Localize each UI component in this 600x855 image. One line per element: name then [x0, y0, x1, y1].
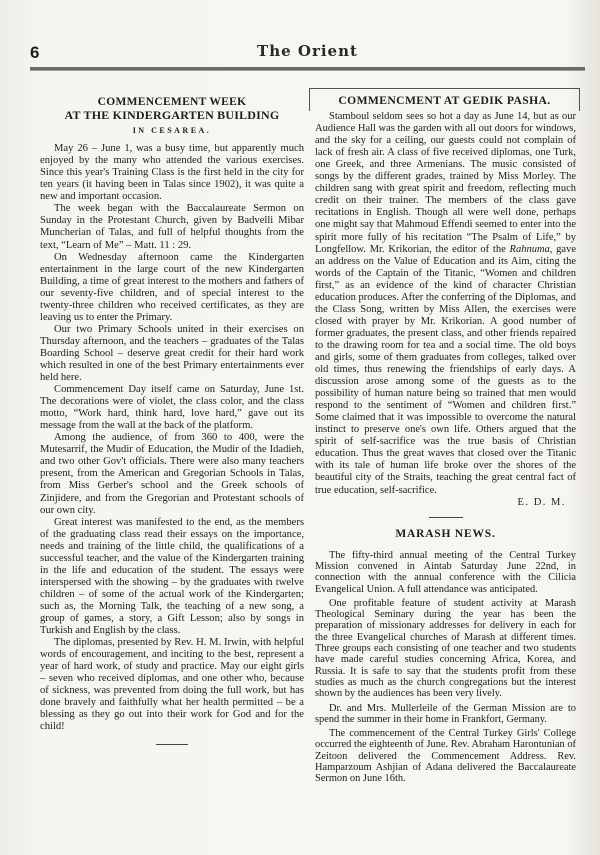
section-divider [429, 517, 463, 518]
masthead-title: The Orient [30, 42, 585, 60]
paragraph: Stamboul seldom sees so hot a day as Jun… [315, 111, 576, 497]
article-subtitle: AT THE KINDERGARTEN BUILDING [40, 109, 304, 121]
article-dateline: IN CESAREA. [40, 125, 304, 137]
page-header: 6 The Orient [30, 40, 585, 70]
paragraph: Among the audience, of from 360 to 400, … [40, 432, 304, 516]
paragraph: The diplomas, presented by Rev. H. M. Ir… [40, 637, 304, 733]
newspaper-page: 6 The Orient COMMENCEMENT WEEK AT THE KI… [0, 0, 600, 855]
paragraph: Commencement Day itself came on Saturday… [40, 384, 304, 432]
paragraph: The fifty-third annual meeting of the Ce… [315, 550, 576, 595]
paragraph: Our two Primary Schools united in their … [40, 324, 304, 384]
news-body: The fifty-third annual meeting of the Ce… [315, 550, 576, 785]
right-column: COMMENCMENT AT GEDIK PASHA. Stamboul sel… [315, 88, 576, 788]
article-title: COMMENCEMENT WEEK [40, 96, 304, 108]
section-divider [156, 744, 188, 745]
newspaper-name: Rahnuma [510, 244, 550, 255]
paragraph: Dr. and Mrs. Mullerleile of the German M… [315, 703, 576, 726]
text-run: , gave an address on the Value of Educat… [315, 244, 576, 496]
paragraph: Great interest was manifested to the end… [40, 517, 304, 637]
article-title: COMMENCMENT AT GEDIK PASHA. [310, 95, 579, 107]
headline-box: COMMENCMENT AT GEDIK PASHA. [309, 88, 580, 111]
paragraph: May 26 – June 1, was a busy time, but ap… [40, 143, 304, 203]
left-column: COMMENCEMENT WEEK AT THE KINDERGARTEN BU… [40, 88, 304, 745]
paragraph: On Wednesday afternoon came the Kinderga… [40, 252, 304, 324]
paragraph: One profitable feature of student activi… [315, 598, 576, 700]
news-title: MARASH NEWS. [315, 528, 576, 540]
text-run: Stamboul seldom sees so hot a day as Jun… [315, 111, 576, 255]
author-signature: E. D. M. [315, 497, 576, 509]
header-rule [30, 67, 585, 71]
paragraph: The week began with the Baccalaureate Se… [40, 203, 304, 251]
paragraph: The commencement of the Central Turkey G… [315, 728, 576, 784]
